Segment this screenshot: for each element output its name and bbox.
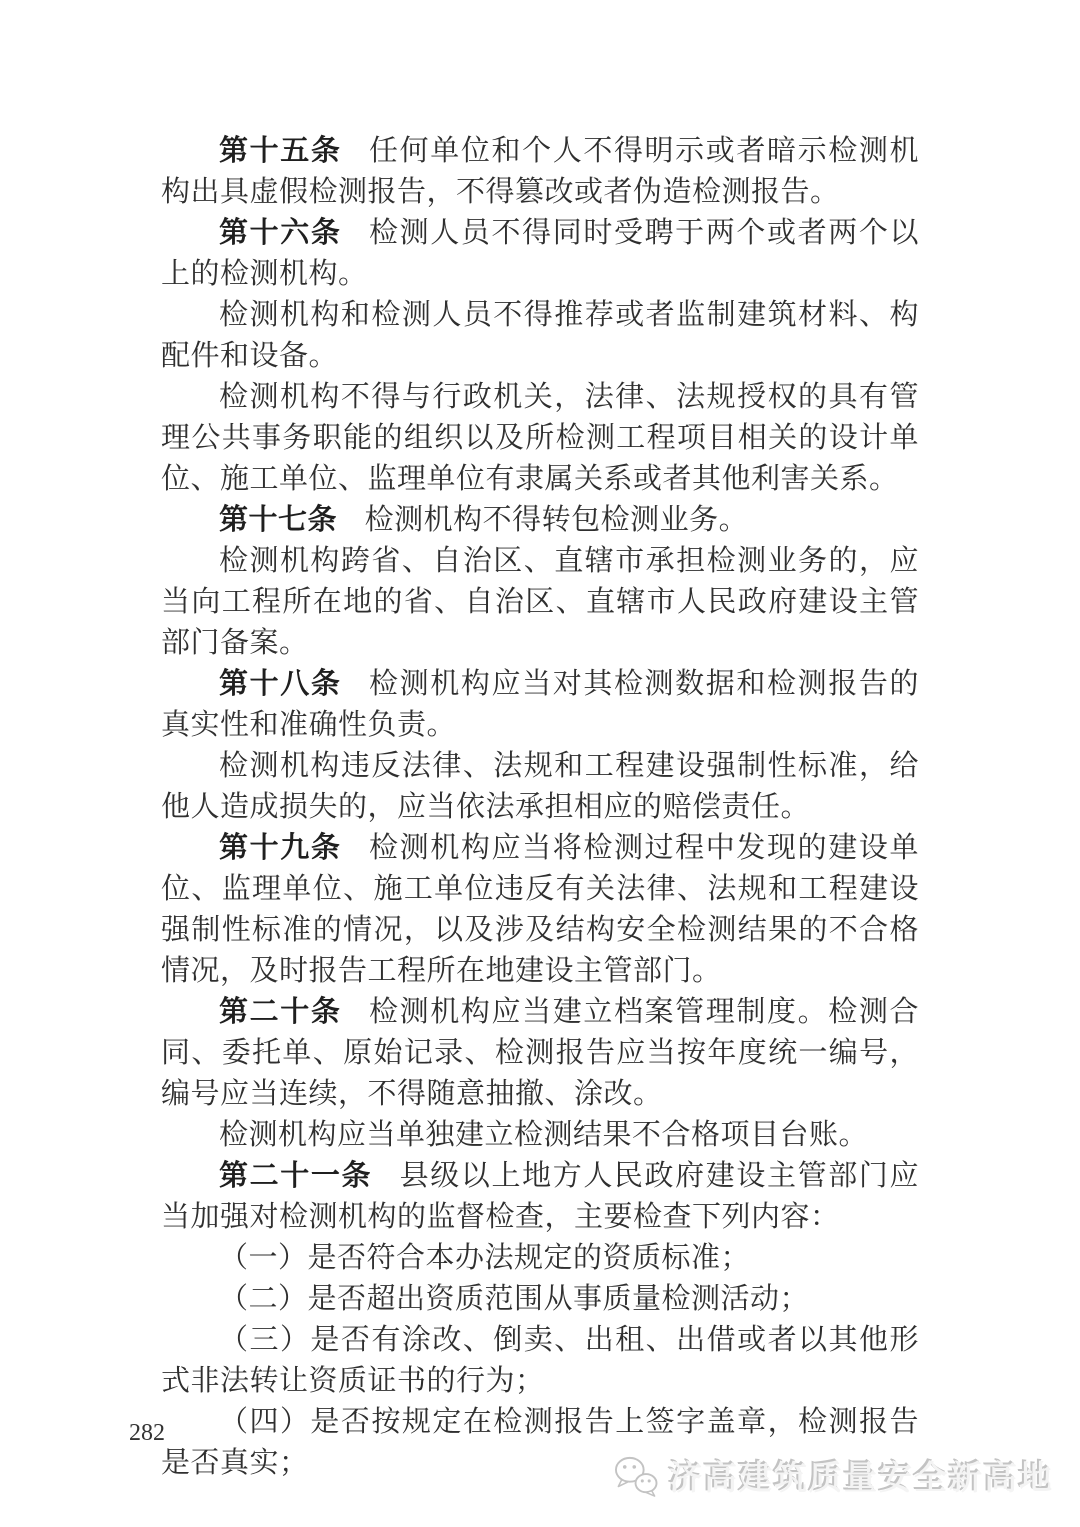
paragraph-article-19: 第十九条检测机构应当将检测过程中发现的建设单位、监理单位、施工单位违反有关法律、…	[161, 828, 919, 992]
page-number: 282	[129, 1420, 165, 1447]
paragraph-article-16: 第十六条检测人员不得同时受聘于两个或者两个以上的检测机构。	[161, 213, 919, 295]
paragraph-article-17: 第十七条检测机构不得转包检测业务。	[161, 500, 919, 541]
paragraph-text: （一）是否符合本办法规定的资质标准；	[219, 1242, 750, 1274]
watermark-label: 济高建筑质量安全新高地	[669, 1452, 1054, 1499]
article-number: 第十七条	[219, 504, 337, 536]
watermark: 济高建筑质量安全新高地	[613, 1452, 1054, 1499]
paragraph-text: 检测机构应当单独建立检测结果不合格项目台账。	[219, 1119, 868, 1151]
paragraph-text: （二）是否超出资质范围从事质量检测活动；	[219, 1283, 809, 1315]
document-body: 第十五条任何单位和个人不得明示或者暗示检测机构出具虚假检测报告，不得篡改或者伪造…	[161, 131, 919, 1484]
paragraph-text: 检测机构不得与行政机关，法律、法规授权的具有管理公共事务职能的组织以及所检测工程…	[161, 381, 919, 495]
scanned-document-page: { "doc": { "paragraphs": [ { "head": "第十…	[0, 0, 1080, 1527]
article-number: 第十八条	[219, 668, 341, 700]
paragraph-article-15: 第十五条任何单位和个人不得明示或者暗示检测机构出具虚假检测报告，不得篡改或者伪造…	[161, 131, 919, 213]
article-number: 第十六条	[219, 217, 341, 249]
paragraph-article-20: 第二十条检测机构应当建立档案管理制度。检测合同、委托单、原始记录、检测报告应当按…	[161, 992, 919, 1115]
paragraph: 检测机构不得与行政机关，法律、法规授权的具有管理公共事务职能的组织以及所检测工程…	[161, 377, 919, 500]
paragraph: 检测机构跨省、自治区、直辖市承担检测业务的，应当向工程所在地的省、自治区、直辖市…	[161, 541, 919, 664]
paragraph-text: （三）是否有涂改、倒卖、出租、出借或者以其他形式非法转让资质证书的行为；	[161, 1324, 919, 1397]
list-item-2: （二）是否超出资质范围从事质量检测活动；	[161, 1279, 919, 1320]
paragraph-text: 检测机构不得转包检测业务。	[365, 504, 749, 536]
paragraph: 检测机构和检测人员不得推荐或者监制建筑材料、构配件和设备。	[161, 295, 919, 377]
paragraph-article-18: 第十八条检测机构应当对其检测数据和检测报告的真实性和准确性负责。	[161, 664, 919, 746]
article-number: 第二十一条	[219, 1160, 372, 1192]
wechat-icon	[613, 1455, 659, 1497]
list-item-3: （三）是否有涂改、倒卖、出租、出借或者以其他形式非法转让资质证书的行为；	[161, 1320, 919, 1402]
list-item-1: （一）是否符合本办法规定的资质标准；	[161, 1238, 919, 1279]
paragraph-text: 检测机构跨省、自治区、直辖市承担检测业务的，应当向工程所在地的省、自治区、直辖市…	[161, 545, 919, 659]
paragraph-article-21: 第二十一条县级以上地方人民政府建设主管部门应当加强对检测机构的监督检查，主要检查…	[161, 1156, 919, 1238]
article-number: 第十九条	[219, 832, 341, 864]
article-number: 第二十条	[219, 996, 341, 1028]
paragraph-text: 检测机构和检测人员不得推荐或者监制建筑材料、构配件和设备。	[161, 299, 919, 372]
article-number: 第十五条	[219, 135, 341, 167]
paragraph-text: 检测机构违反法律、法规和工程建设强制性标准，给他人造成损失的，应当依法承担相应的…	[161, 750, 919, 823]
paragraph: 检测机构违反法律、法规和工程建设强制性标准，给他人造成损失的，应当依法承担相应的…	[161, 746, 919, 828]
paragraph: 检测机构应当单独建立检测结果不合格项目台账。	[161, 1115, 919, 1156]
